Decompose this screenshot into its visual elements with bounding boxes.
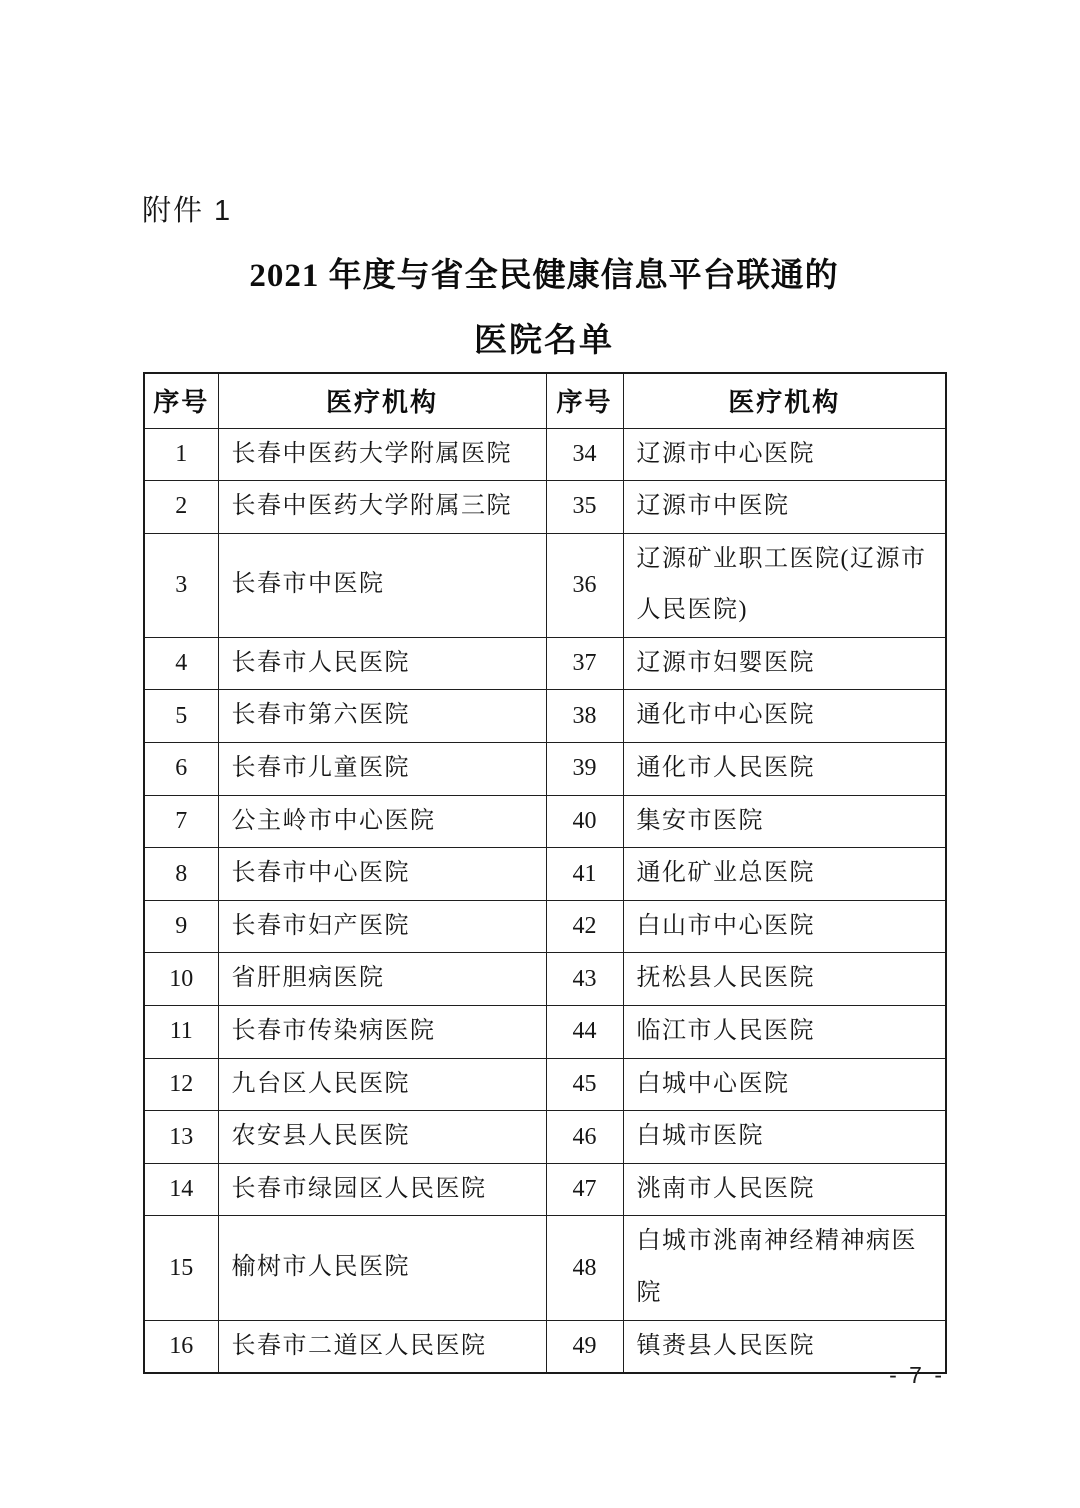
table-row: 13农安县人民医院46白城市医院 [144,1111,946,1164]
document-title-line2: 医院名单 [143,314,945,361]
hospital-table-body: 1长春中医药大学附属医院34辽源市中心医院2长春中医药大学附属三院35辽源市中医… [144,428,946,1373]
hospital-name-cell: 通化市人民医院 [623,743,946,796]
document-page: 附件 1 2021 年度与省全民健康信息平台联通的 医院名单 序号 医疗机构 序… [0,0,1080,1508]
table-row: 5长春市第六医院38通化市中心医院 [144,690,946,743]
row-number-cell: 48 [546,1216,623,1320]
row-number-cell: 38 [546,690,623,743]
row-number-cell: 10 [144,953,218,1006]
hospital-name-cell: 长春市绿园区人民医院 [218,1163,546,1216]
hospital-name-cell: 长春市中医院 [218,533,546,637]
row-number-cell: 3 [144,533,218,637]
row-number-cell: 47 [546,1163,623,1216]
row-number-cell: 36 [546,533,623,637]
row-number-cell: 37 [546,637,623,690]
table-row: 8长春市中心医院41通化矿业总医院 [144,848,946,901]
hospital-name-cell: 长春中医药大学附属医院 [218,428,546,481]
table-row: 14长春市绿园区人民医院47洮南市人民医院 [144,1163,946,1216]
hospital-name-cell: 公主岭市中心医院 [218,795,546,848]
row-number-cell: 39 [546,743,623,796]
row-number-cell: 13 [144,1111,218,1164]
row-number-cell: 11 [144,1006,218,1059]
row-number-cell: 8 [144,848,218,901]
hospital-name-cell: 辽源矿业职工医院(辽源市人民医院) [623,533,946,637]
hospital-name-cell: 辽源市中医院 [623,481,946,534]
document-title-line1: 2021 年度与省全民健康信息平台联通的 [143,249,945,296]
hospital-name-cell: 长春市传染病医院 [218,1006,546,1059]
hospital-table: 序号 医疗机构 序号 医疗机构 1长春中医药大学附属医院34辽源市中心医院2长春… [143,372,947,1374]
hospital-name-cell: 白山市中心医院 [623,900,946,953]
row-number-cell: 42 [546,900,623,953]
row-number-cell: 12 [144,1058,218,1111]
hospital-name-cell: 农安县人民医院 [218,1111,546,1164]
row-number-cell: 46 [546,1111,623,1164]
hospital-name-cell: 洮南市人民医院 [623,1163,946,1216]
hospital-name-cell: 白城中心医院 [623,1058,946,1111]
row-number-cell: 16 [144,1320,218,1373]
row-number-cell: 15 [144,1216,218,1320]
table-row: 15榆树市人民医院48白城市洮南神经精神病医院 [144,1216,946,1320]
hospital-name-cell: 长春市二道区人民医院 [218,1320,546,1373]
row-number-cell: 7 [144,795,218,848]
hospital-name-cell: 省肝胆病医院 [218,953,546,1006]
attachment-label: 附件 1 [142,188,232,229]
hospital-name-cell: 九台区人民医院 [218,1058,546,1111]
header-institution-left: 医疗机构 [218,373,546,428]
table-row: 11长春市传染病医院44临江市人民医院 [144,1006,946,1059]
hospital-name-cell: 长春市第六医院 [218,690,546,743]
row-number-cell: 44 [546,1006,623,1059]
table-row: 16长春市二道区人民医院49镇赉县人民医院 [144,1320,946,1373]
hospital-name-cell: 通化矿业总医院 [623,848,946,901]
hospital-name-cell: 榆树市人民医院 [218,1216,546,1320]
hospital-name-cell: 长春市儿童医院 [218,743,546,796]
row-number-cell: 43 [546,953,623,1006]
header-row: 序号 医疗机构 序号 医疗机构 [144,373,946,428]
header-institution-right: 医疗机构 [623,373,946,428]
table-row: 6长春市儿童医院39通化市人民医院 [144,743,946,796]
table-row: 1长春中医药大学附属医院34辽源市中心医院 [144,428,946,481]
row-number-cell: 6 [144,743,218,796]
header-seq-left: 序号 [144,373,218,428]
row-number-cell: 1 [144,428,218,481]
hospital-name-cell: 抚松县人民医院 [623,953,946,1006]
row-number-cell: 2 [144,481,218,534]
hospital-name-cell: 长春市中心医院 [218,848,546,901]
row-number-cell: 49 [546,1320,623,1373]
hospital-name-cell: 白城市医院 [623,1111,946,1164]
row-number-cell: 9 [144,900,218,953]
row-number-cell: 4 [144,637,218,690]
hospital-name-cell: 临江市人民医院 [623,1006,946,1059]
hospital-name-cell: 长春市人民医院 [218,637,546,690]
hospital-name-cell: 通化市中心医院 [623,690,946,743]
row-number-cell: 41 [546,848,623,901]
row-number-cell: 40 [546,795,623,848]
hospital-name-cell: 长春中医药大学附属三院 [218,481,546,534]
hospital-name-cell: 集安市医院 [623,795,946,848]
hospital-name-cell: 辽源市妇婴医院 [623,637,946,690]
table-row: 2长春中医药大学附属三院35辽源市中医院 [144,481,946,534]
table-row: 4长春市人民医院37辽源市妇婴医院 [144,637,946,690]
table-row: 12九台区人民医院45白城中心医院 [144,1058,946,1111]
hospital-table-header: 序号 医疗机构 序号 医疗机构 [144,373,946,428]
row-number-cell: 45 [546,1058,623,1111]
table-row: 7公主岭市中心医院40集安市医院 [144,795,946,848]
table-row: 10省肝胆病医院43抚松县人民医院 [144,953,946,1006]
row-number-cell: 35 [546,481,623,534]
row-number-cell: 5 [144,690,218,743]
hospital-name-cell: 辽源市中心医院 [623,428,946,481]
row-number-cell: 34 [546,428,623,481]
table-row: 3长春市中医院36辽源矿业职工医院(辽源市人民医院) [144,533,946,637]
hospital-name-cell: 白城市洮南神经精神病医院 [623,1216,946,1320]
page-number: - 7 - [889,1362,945,1389]
row-number-cell: 14 [144,1163,218,1216]
header-seq-right: 序号 [546,373,623,428]
hospital-name-cell: 长春市妇产医院 [218,900,546,953]
table-row: 9长春市妇产医院42白山市中心医院 [144,900,946,953]
